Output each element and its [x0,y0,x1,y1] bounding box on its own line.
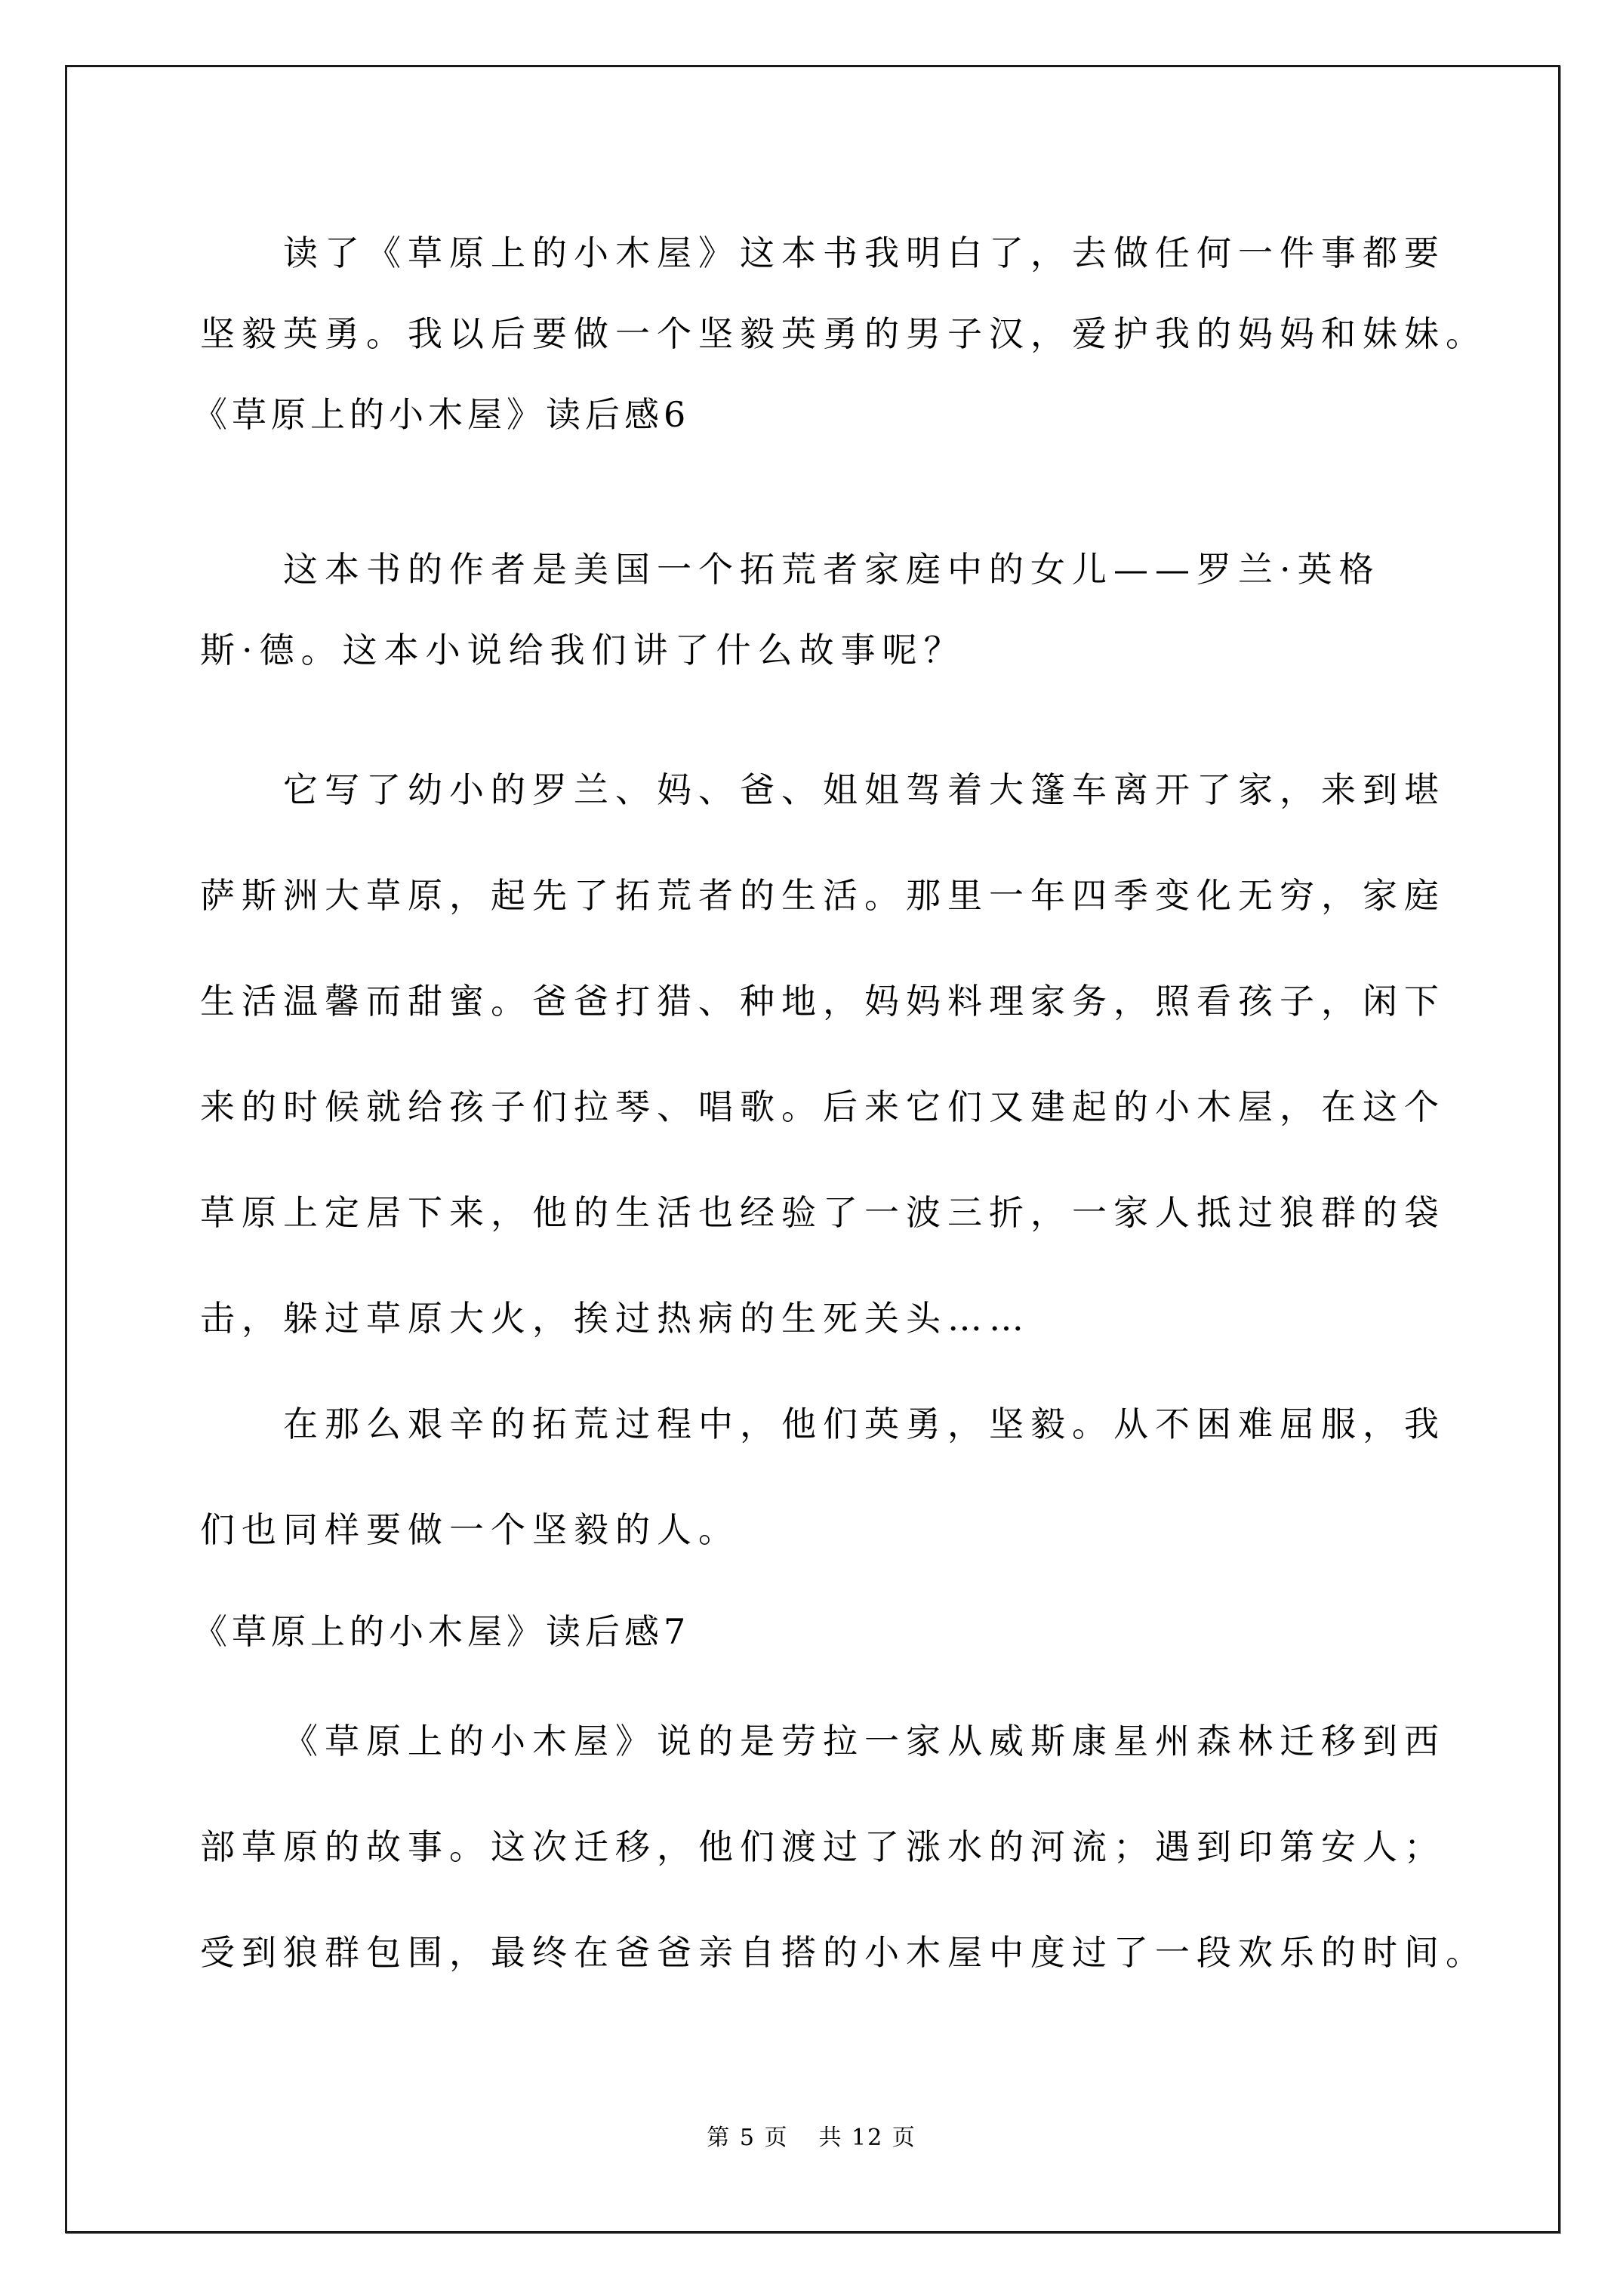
page-footer: 第 5 页共 12 页 [0,2123,1623,2153]
text-line: 来的时候就给孩子们拉琴、唱歌。后来它们又建起的小木屋，在这个 [200,1084,1446,1130]
text-line: 斯·德。这本小说给我们讲了什么故事呢？ [200,627,965,673]
text-line: 这本书的作者是美国一个拓荒者家庭中的女儿——罗兰·英格 [283,547,1381,592]
text-line: 坚毅英勇。我以后要做一个坚毅英勇的男子汉，爱护我的妈妈和妹妹。 [200,311,1487,356]
section-heading: 《草原上的小木屋》读后感7 [192,1609,690,1654]
text-line: 受到狼群包围，最终在爸爸亲自搭的小木屋中度过了一段欢乐的时间。 [200,1930,1487,1975]
text-line: 们也同样要做一个坚毅的人。 [200,1507,740,1552]
text-line: 《草原上的小木屋》说的是劳拉一家从威斯康星州森林迁移到西 [283,1718,1446,1764]
text-line: 在那么艰辛的拓荒过程中，他们英勇，坚毅。从不困难屈服，我 [283,1401,1446,1447]
text-line: 生活温馨而甜蜜。爸爸打猎、种地，妈妈料理家务，照看孩子，闲下 [200,978,1446,1024]
text-line: 击，躲过草原大火，挨过热病的生死关头…… [200,1296,1030,1341]
text-line: 部草原的故事。这次迁移，他们渡过了涨水的河流；遇到印第安人； [200,1824,1446,1869]
text-line: 草原上定居下来，他的生活也经验了一波三折，一家人抵过狼群的袋 [200,1190,1446,1235]
text-line: 读了《草原上的小木屋》这本书我明白了，去做任何一件事都要 [283,230,1446,276]
page-number: 第 5 页 [707,2123,788,2153]
text-line: 萨斯洲大草原，起先了拓荒者的生活。那里一年四季变化无穷，家庭 [200,873,1446,918]
text-line: 它写了幼小的罗兰、妈、爸、姐姐驾着大篷车离开了家，来到堪 [283,767,1446,812]
page-total: 共 12 页 [818,2123,916,2153]
page-border [65,65,1560,2233]
section-heading: 《草原上的小木屋》读后感6 [192,392,690,437]
